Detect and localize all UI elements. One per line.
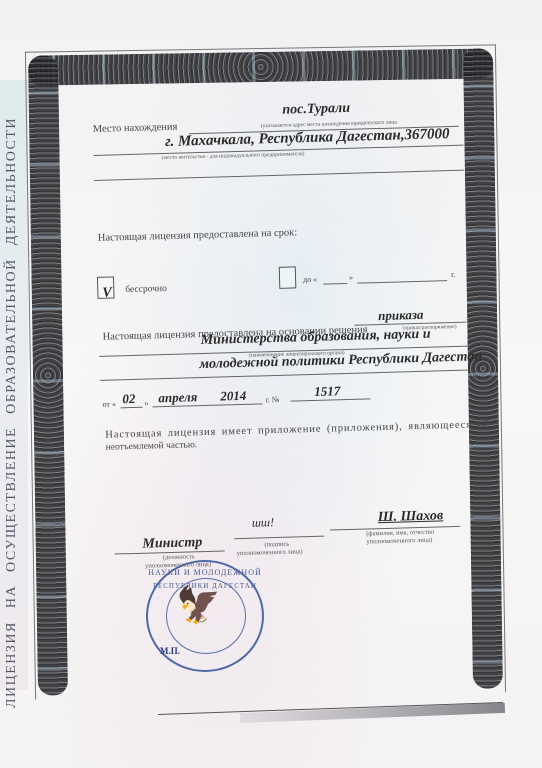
signer-name: Ш. Шахов xyxy=(378,508,444,526)
checkbox-until[interactable] xyxy=(279,266,297,288)
seal-stamp-label: М.П. xyxy=(160,646,180,656)
until-label: до « xyxy=(303,275,317,284)
position-hint-1: (должность xyxy=(163,553,195,561)
official-seal: НАУКИ И МОЛОДЕЖНОЙ РЕСПУБЛИКИ ДАГЕСТАН 🦅… xyxy=(146,560,264,672)
side-title: ЛИЦЕНЗИЯ НА ОСУЩЕСТВЛЕНИЕ ОБРАЗОВАТЕЛЬНО… xyxy=(4,78,20,708)
order-number: 1517 xyxy=(314,383,340,400)
signature-hint-1: (подпись xyxy=(264,541,289,549)
unlimited-label: бессрочно xyxy=(125,284,167,295)
order-year: 2014 xyxy=(220,388,246,405)
date-prefix: от « xyxy=(102,399,116,408)
signature-mark: шш! xyxy=(252,515,275,531)
year-suffix: г. № xyxy=(265,395,279,404)
order-month: апреля xyxy=(158,389,197,406)
signer-position: Министр xyxy=(142,535,202,553)
order-day: 02 xyxy=(122,391,135,407)
seal-text-top: НАУКИ И МОЛОДЕЖНОЙ xyxy=(148,568,262,577)
until-suffix: г. xyxy=(451,270,456,279)
location-value-1: пос.Турали xyxy=(282,101,350,119)
eagle-emblem-icon: 🦅 xyxy=(176,584,221,626)
decision-type: приказа xyxy=(378,307,424,324)
until-mid: » xyxy=(349,273,353,282)
day-close: » xyxy=(144,399,148,408)
checkbox-unlimited-mark: V xyxy=(102,286,112,302)
